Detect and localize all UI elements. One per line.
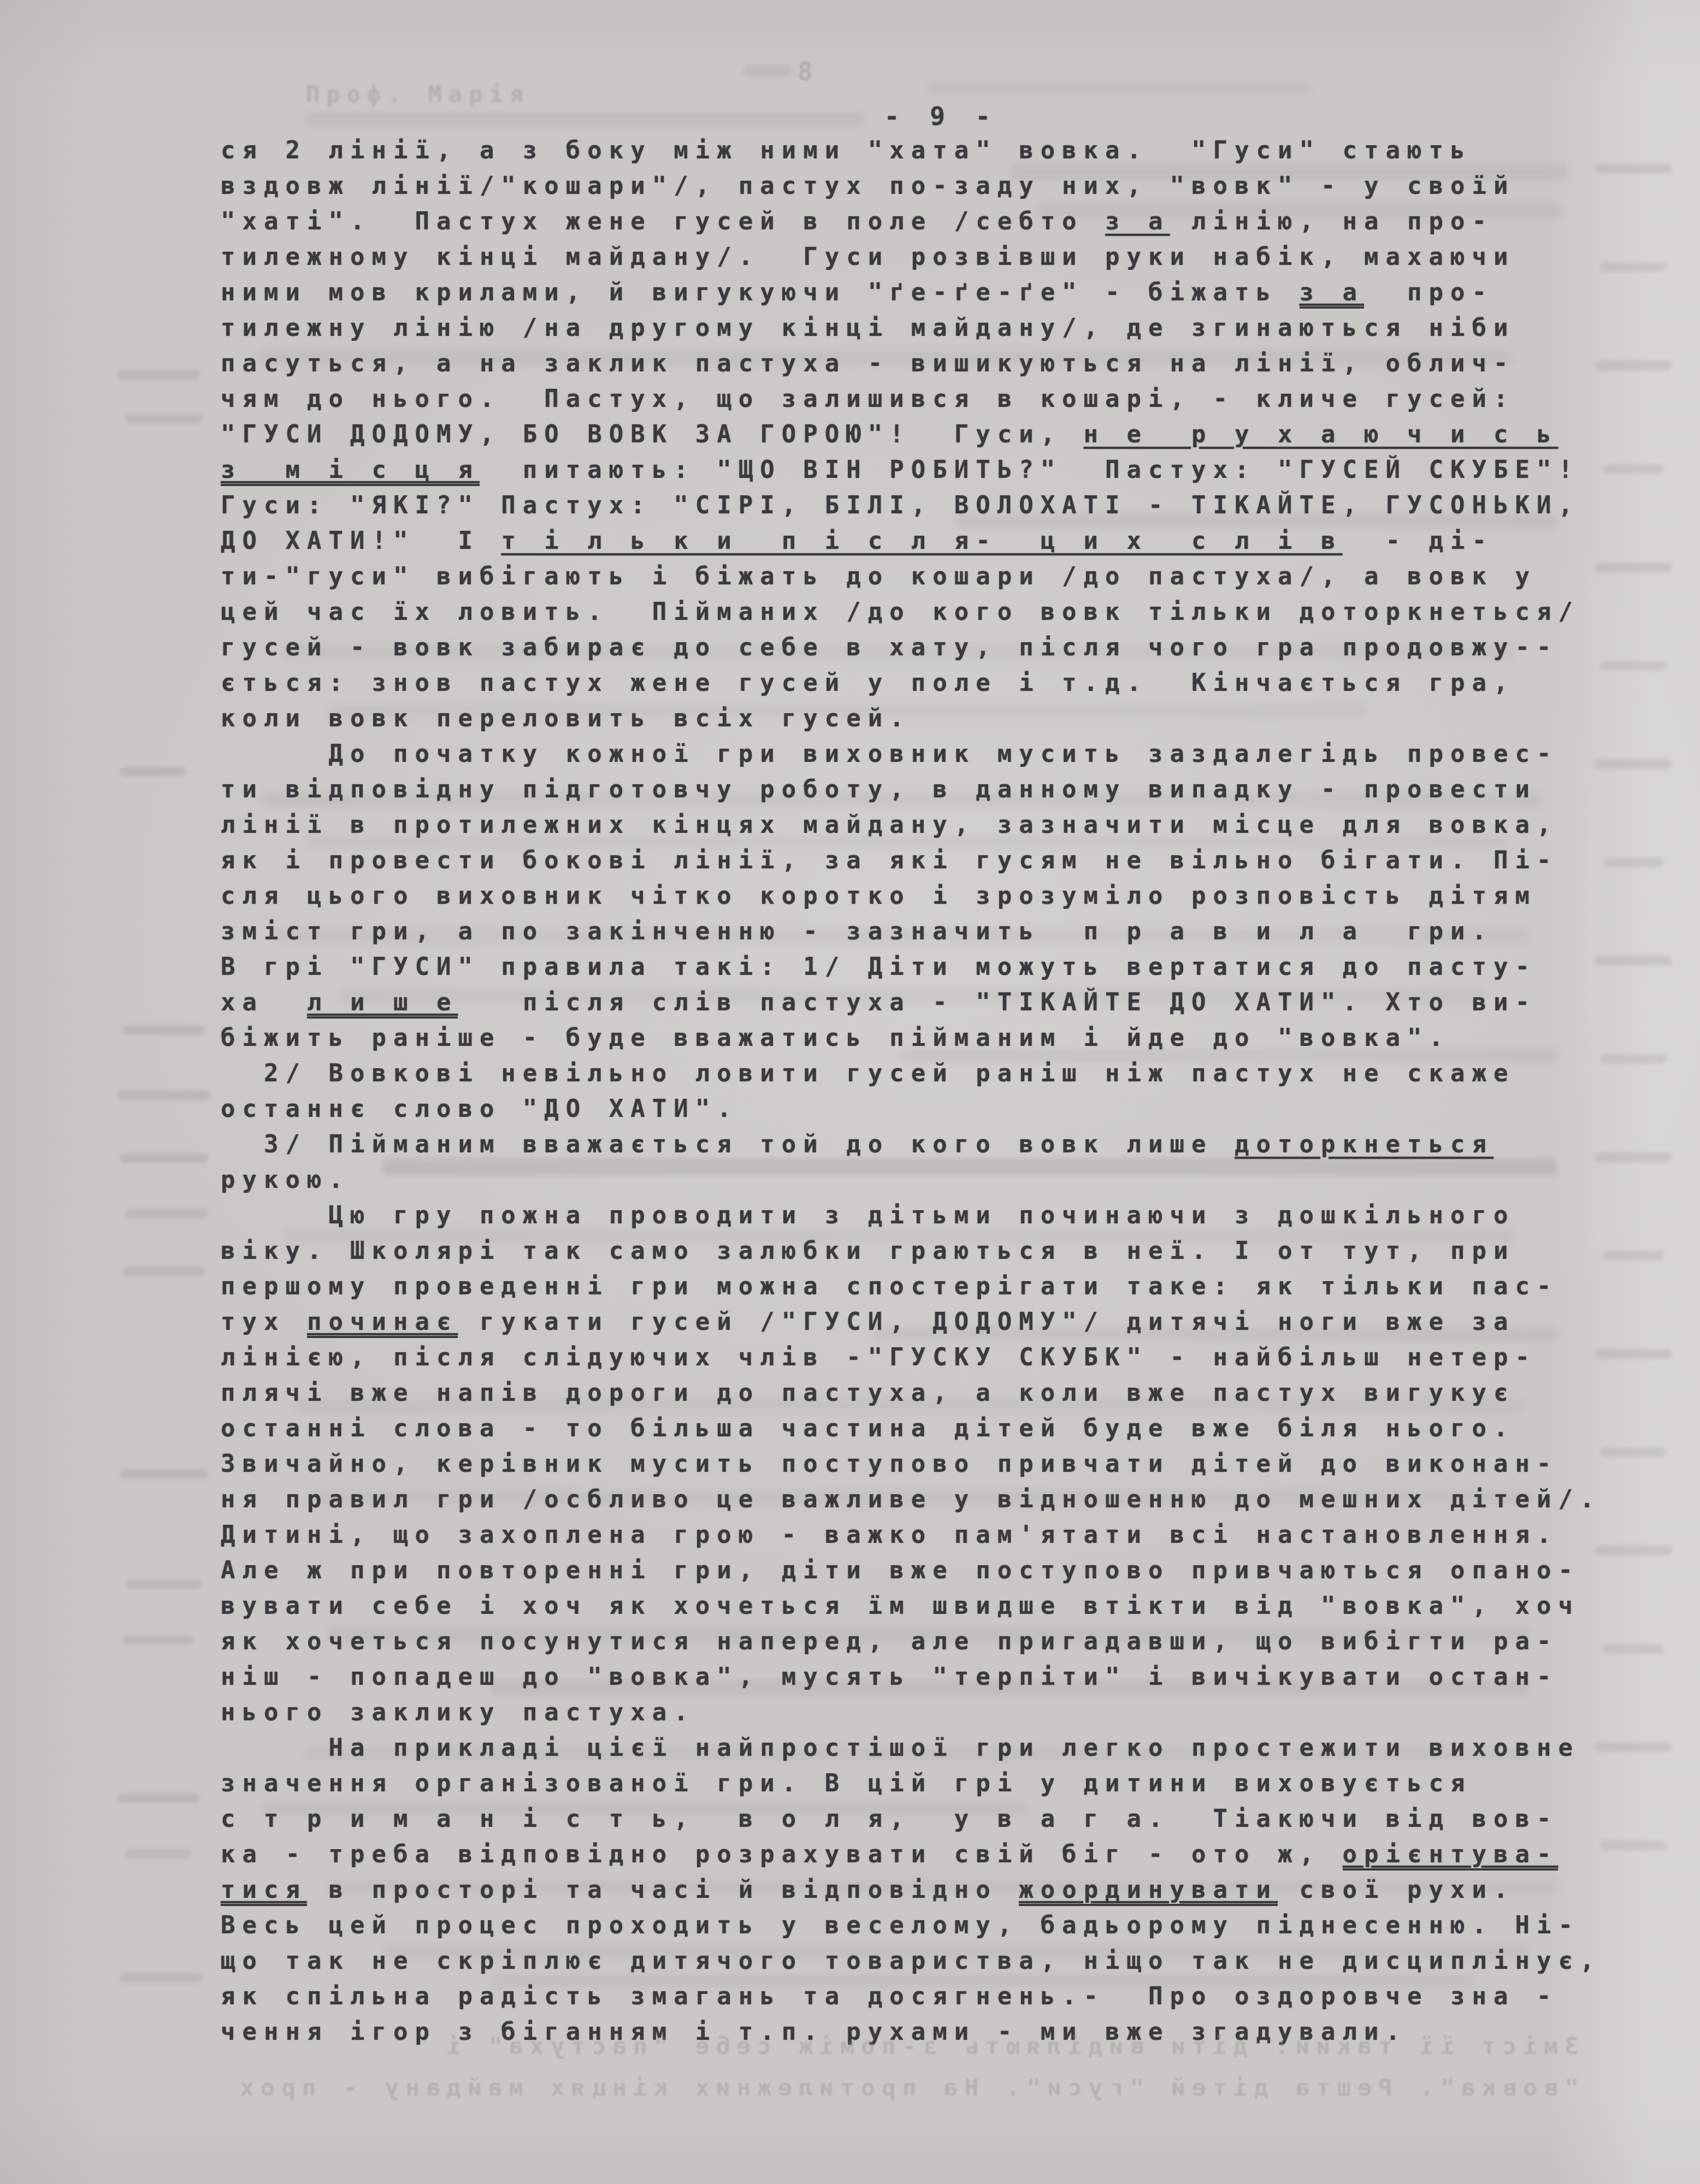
typed-text: Цю гру пожна проводити з дітьми починаюч… — [221, 1202, 1515, 1229]
typed-line: ється: знов пастух жене гусей у поле і т… — [221, 665, 1652, 701]
typed-text: як спільна радість змагань та досягнень.… — [221, 1982, 1558, 2010]
typed-line: Звичайно, керівник мусить поступово прив… — [221, 1446, 1652, 1482]
typed-text: лінію, на про- — [1170, 208, 1494, 235]
typed-text: першому проведенні гри можна спостерігат… — [221, 1272, 1558, 1300]
page-number-text: - 9 - — [884, 102, 998, 131]
typed-line: ка - треба відповідно розрахувати свій б… — [221, 1837, 1652, 1872]
underlined-text: т і л ь к и п і с л я- ц и х с л і в — [501, 527, 1342, 555]
typed-line: рукою. — [221, 1162, 1652, 1198]
typed-text: ка - треба відповідно розрахувати свій б… — [221, 1840, 1343, 1868]
typed-text: ДО ХАТИ!" І — [221, 527, 501, 555]
typed-line: тух починає гукати гусей /"ГУСИ, ДОДОМУ"… — [221, 1304, 1652, 1340]
typed-line: гусей - вовк забирає до себе в хату, піс… — [221, 630, 1652, 665]
typed-text: як хочеться посунутися наперед, але приг… — [221, 1627, 1558, 1655]
typed-text: 2/ Вовкові невільно ловити гусей раніш н… — [221, 1060, 1515, 1087]
typed-text: гусей - вовк забирає до себе в хату, піс… — [221, 634, 1558, 661]
typed-text: біжить раніше - буде вважатись пійманим … — [221, 1024, 1450, 1052]
typed-text: Весь цей процес проходить у веселому, ба… — [221, 1911, 1580, 1939]
typed-line: що так не скріплює дитячого товариства, … — [221, 1943, 1652, 1979]
typed-line: ними мов крилами, й вигукуючи "ґе-ґе-ґе"… — [221, 275, 1652, 310]
typed-line: сля цього виховник чітко коротко і зрозу… — [221, 878, 1652, 914]
scanned-typewritten-page: Проф. Марія 8 - 9 - ся 2 лінії, а з боку… — [0, 0, 1700, 2184]
bleedthrough-smudge — [306, 112, 863, 126]
typed-text: значення організованої гри. В цій грі у … — [221, 1769, 1472, 1797]
bleedthrough-smudge — [126, 1579, 202, 1589]
underlined-text: н е р у х а ю ч и с ь — [1084, 421, 1559, 448]
typed-line: ніш - попадеш до "вовка", мусять "терпіт… — [221, 1659, 1652, 1695]
typed-line: ДО ХАТИ!" І т і л ь к и п і с л я- ц и х… — [221, 523, 1652, 559]
underlined-text: доторкнеться — [1235, 1131, 1494, 1158]
typed-line: ха л и ш е після слів пастуха - "ТІКАЙТЕ… — [221, 985, 1652, 1020]
typed-line: чям до нього. Пастух, що залишився в кош… — [221, 381, 1652, 417]
typed-line: тилежну лінію /на другому кінці майдану/… — [221, 310, 1652, 346]
typed-text: про- — [1364, 279, 1494, 306]
typed-line: тися в просторі та часі й відповідно жоо… — [221, 1872, 1652, 1908]
typed-line: як хочеться посунутися наперед, але приг… — [221, 1624, 1652, 1659]
typed-text: цей час їх ловить. Пійманих /до кого вов… — [221, 598, 1580, 626]
typed-line: ся 2 лінії, а з боку між ними "хата" вов… — [221, 133, 1652, 168]
typed-line: плячі вже напів дороги до пастуха, а кол… — [221, 1375, 1652, 1411]
typed-text: ється: знов пастух жене гусей у поле і т… — [221, 669, 1515, 697]
typed-text: гукати гусей /"ГУСИ, ДОДОМУ"/ дитячі ног… — [458, 1308, 1515, 1336]
typed-text: зміст гри, а по закінченню - зазначить п… — [221, 918, 1494, 945]
page-number: 8 - 9 - — [793, 43, 998, 86]
underlined-text: починає — [307, 1308, 458, 1338]
typed-text: Дитині, що захоплена грою - важко пам'ят… — [221, 1521, 1558, 1549]
bleedthrough-smudge — [120, 767, 186, 777]
typed-line: зміст гри, а по закінченню - зазначить п… — [221, 914, 1652, 949]
typed-line: "ГУСИ ДОДОМУ, БО ВОВК ЗА ГОРОЮ"! Гуси, н… — [221, 417, 1652, 452]
typed-line: вувати себе і хоч як хочеться їм швидше … — [221, 1588, 1652, 1624]
typed-text: пасуться, а на заклик пастуха - вишикуют… — [221, 350, 1515, 377]
typed-text: ся 2 лінії, а з боку між ними "хата" вов… — [221, 137, 1472, 164]
typed-text: "ГУСИ ДОДОМУ, БО ВОВК ЗА ГОРОЮ"! Гуси, — [221, 421, 1084, 448]
typed-text: На прикладі цієї найпростішої гри легко … — [221, 1734, 1580, 1762]
bleedthrough-smudge — [126, 414, 202, 424]
typed-line: як і провести бокові лінії, за які гусям… — [221, 843, 1652, 878]
typed-text: як і провести бокові лінії, за які гусям… — [221, 847, 1558, 874]
typed-line: лінії в протилежних кінцях майдану, зазн… — [221, 807, 1652, 843]
typed-text: ти відповідну підготовчу роботу, в данно… — [221, 776, 1537, 803]
typed-line: лінією, після слідуючих члів -"ГУСКУ СКУ… — [221, 1340, 1652, 1375]
typed-text: тух — [221, 1308, 307, 1336]
typed-line: біжить раніше - буде вважатись пійманим … — [221, 1020, 1652, 1056]
typed-line: тилежному кінці майдану/. Гуси розвівши … — [221, 239, 1652, 275]
bleedthrough-smudge — [123, 1635, 194, 1645]
typed-text: сля цього виховник чітко коротко і зрозу… — [221, 882, 1537, 910]
bleedthrough-smudge — [123, 1025, 205, 1035]
underlined-text: з а — [1105, 208, 1170, 235]
typed-line: На прикладі цієї найпростішої гри легко … — [221, 1730, 1652, 1766]
typed-line: Дитині, що захоплена грою - важко пам'ят… — [221, 1517, 1652, 1553]
typed-line: останнє слово "ДО ХАТИ". — [221, 1091, 1652, 1127]
typed-text: чям до нього. Пастух, що залишився в кош… — [221, 385, 1515, 413]
underlined-text: орієнтува- — [1343, 1840, 1559, 1871]
typed-line: 3/ Пійманим вважається той до кого вовк … — [221, 1127, 1652, 1162]
bleedthrough-smudge — [120, 1973, 202, 1983]
typed-text: останні слова - то більша частина дітей … — [221, 1414, 1515, 1442]
typed-text: ніш - попадеш до "вовка", мусять "терпіт… — [221, 1663, 1558, 1691]
typed-line: "хаті". Пастух жене гусей в поле /себто … — [221, 204, 1652, 239]
typed-line: До початку кожної гри виховник мусить за… — [221, 736, 1652, 772]
typed-text: Але ж при повторенні гри, діти вже посту… — [221, 1556, 1580, 1584]
typed-line: як спільна радість змагань та досягнень.… — [221, 1979, 1652, 2014]
typed-text: - ді- — [1343, 527, 1494, 555]
bleedthrough-smudge — [126, 1849, 191, 1859]
bleedthrough-smudge — [117, 1794, 199, 1803]
typed-text: "хаті". Пастух жене гусей в поле /себто — [221, 208, 1105, 235]
typed-line: вздовж лінії/"кошари"/, пастух по-заду н… — [221, 168, 1652, 204]
underlined-text: з а — [1300, 279, 1364, 309]
page-number-ghost-digit: 8 — [798, 57, 821, 86]
typed-line: коли вовк переловить всіх гусей. — [221, 701, 1652, 736]
typed-line: значення організованої гри. В цій грі у … — [221, 1766, 1652, 1801]
typed-text: останнє слово "ДО ХАТИ". — [221, 1095, 739, 1123]
typed-text: плячі вже напів дороги до пастуха, а кол… — [221, 1379, 1515, 1407]
bleedthrough-mirrored-text: Зміст її такий: діти виділяють з-поміж с… — [224, 2033, 1579, 2060]
underlined-text: л и ш е — [307, 989, 458, 1019]
typed-text: коли вовк переловить всіх гусей. — [221, 705, 911, 732]
bleedthrough-mirrored-text: "вовка". Решта дітей "гуси". На протилеж… — [224, 2074, 1579, 2102]
typed-text: 3/ Пійманим вважається той до кого вовк … — [221, 1131, 1235, 1158]
typed-text: лінією, після слідуючих члів -"ГУСКУ СКУ… — [221, 1343, 1537, 1371]
typed-text: ти-"гуси" вибігають і біжать до кошари /… — [221, 563, 1537, 590]
typed-line: Але ж при повторенні гри, діти вже посту… — [221, 1553, 1652, 1588]
typed-line: ти-"гуси" вибігають і біжать до кошари /… — [221, 559, 1652, 594]
underlined-text: жоординувати — [1019, 1876, 1278, 1906]
typed-line: Весь цей процес проходить у веселому, ба… — [221, 1908, 1652, 1943]
underlined-text: тися — [221, 1876, 307, 1906]
typed-text: вздовж лінії/"кошари"/, пастух по-заду н… — [221, 172, 1515, 200]
bleedthrough-smudge — [126, 1209, 208, 1218]
typed-text: свої рухи. — [1278, 1876, 1515, 1904]
bleedthrough-smudge — [120, 1469, 208, 1479]
typed-text: ня правил гри /осбливо це важливе у відн… — [221, 1485, 1601, 1513]
typed-line: цей час їх ловить. Пійманих /до кого вов… — [221, 594, 1652, 630]
typed-text: До початку кожної гри виховник мусить за… — [221, 740, 1558, 768]
typed-line: з м і с ц я питають: "ЩО ВІН РОБИТЬ?" Па… — [221, 452, 1652, 488]
typed-line: ти відповідну підготовчу роботу, в данно… — [221, 772, 1652, 807]
typed-line: віку. Школярі так само залюбки граються … — [221, 1233, 1652, 1269]
typed-text: після слів пастуха - "ТІКАЙТЕ ДО ХАТИ". … — [458, 989, 1537, 1016]
typed-line: Гуси: "ЯКІ?" Пастух: "СІРІ, БІЛІ, ВОЛОХА… — [221, 488, 1652, 523]
underlined-text: з м і с ц я — [221, 456, 480, 486]
bleedthrough-smudge — [743, 66, 792, 76]
typed-text: ха — [221, 989, 307, 1016]
typed-text: лінії в протилежних кінцях майдану, зазн… — [221, 811, 1558, 839]
typed-line: с т р и м а н і с т ь, в о л я, у в а г … — [221, 1801, 1652, 1837]
bleedthrough-smudge — [117, 1090, 210, 1100]
typed-line: 2/ Вовкові невільно ловити гусей раніш н… — [221, 1056, 1652, 1091]
typed-text: ними мов крилами, й вигукуючи "ґе-ґе-ґе"… — [221, 279, 1300, 306]
typed-text: в просторі та часі й відповідно — [307, 1876, 1019, 1904]
typed-line: останні слова - то більша частина дітей … — [221, 1411, 1652, 1446]
document-text: ся 2 лінії, а з боку між ними "хата" вов… — [221, 133, 1652, 2050]
typed-text: вувати себе і хоч як хочеться їм швидше … — [221, 1592, 1580, 1620]
typed-line: нього заклику пастуха. — [221, 1695, 1652, 1730]
typed-text: В грі "ГУСИ" правила такі: 1/ Діти можут… — [221, 953, 1537, 981]
bleedthrough-smudge — [123, 1266, 205, 1276]
typed-line: ня правил гри /осбливо це важливе у відн… — [221, 1482, 1652, 1517]
bleedthrough-smudge — [120, 1153, 208, 1163]
typed-text: тилежному кінці майдану/. Гуси розвівши … — [221, 243, 1515, 271]
typed-text: Звичайно, керівник мусить поступово прив… — [221, 1450, 1558, 1478]
typed-line: Цю гру пожна проводити з дітьми починаюч… — [221, 1198, 1652, 1233]
typed-text: рукою. — [221, 1166, 350, 1194]
typed-text: нього заклику пастуха. — [221, 1698, 695, 1726]
typed-text: віку. Школярі так само залюбки граються … — [221, 1237, 1515, 1265]
typed-text: Гуси: "ЯКІ?" Пастух: "СІРІ, БІЛІ, ВОЛОХА… — [221, 492, 1580, 519]
typed-line: В грі "ГУСИ" правила такі: 1/ Діти можут… — [221, 949, 1652, 985]
typed-line: першому проведенні гри можна спостерігат… — [221, 1269, 1652, 1304]
typed-line: пасуться, а на заклик пастуха - вишикуют… — [221, 346, 1652, 381]
typed-text: питають: "ЩО ВІН РОБИТЬ?" Пастух: "ГУСЕЙ… — [480, 456, 1580, 484]
typed-text: тилежну лінію /на другому кінці майдану/… — [221, 314, 1515, 342]
typed-text: с т р и м а н і с т ь, в о л я, у в а г … — [221, 1805, 1558, 1833]
typed-text: що так не скріплює дитячого товариства, … — [221, 1947, 1601, 1975]
bleedthrough-smudge — [117, 370, 199, 380]
